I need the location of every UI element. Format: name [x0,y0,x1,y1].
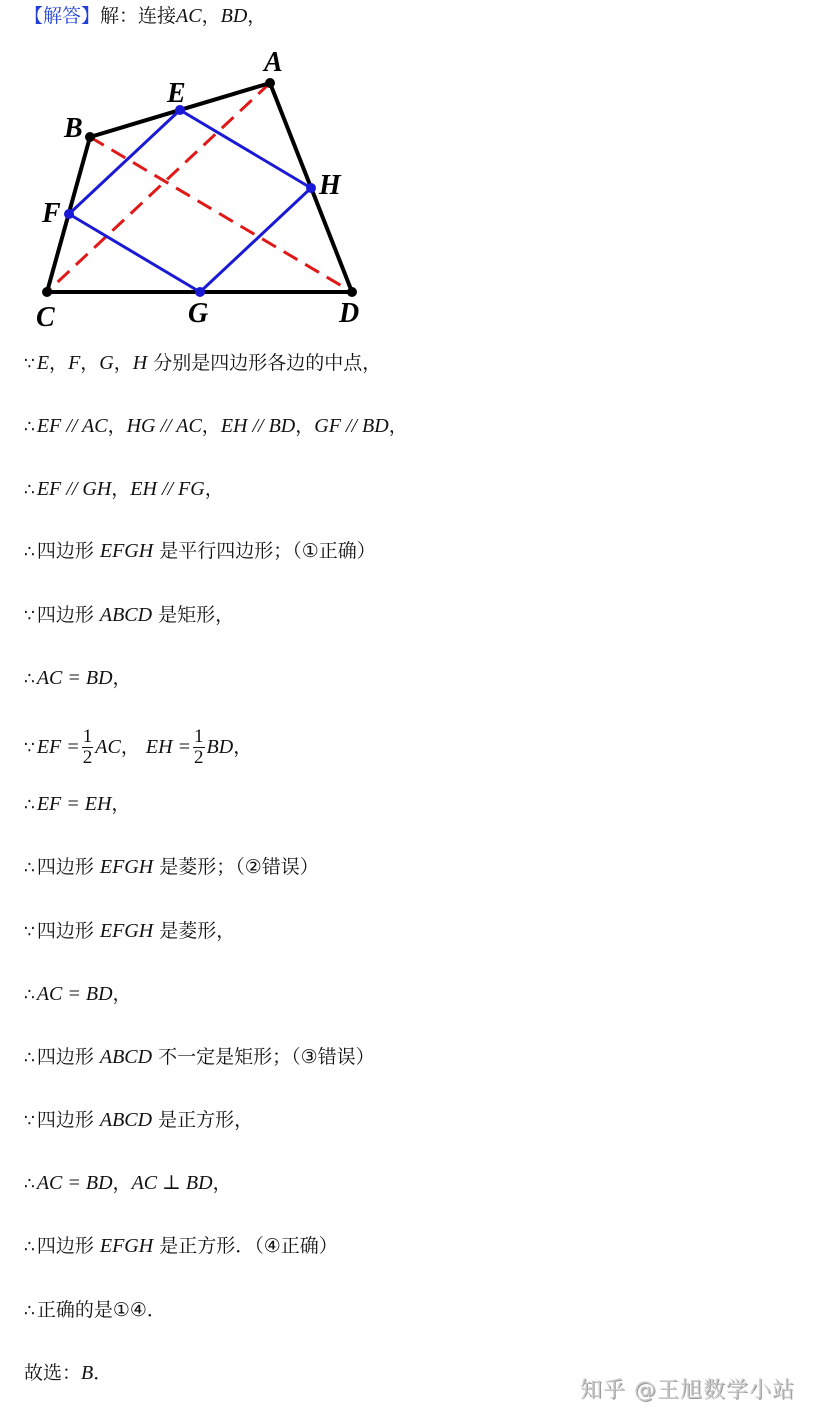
therefore-symbol: ∴ [24,858,35,878]
math-expression: EF // GH [37,478,111,500]
side-he [180,110,311,188]
text: ， [80,352,99,374]
proof-line: ∴EF = EH， [24,790,130,819]
math-expression: G [99,352,113,374]
segment-bd: BD [221,5,248,27]
fraction: 12 [82,727,94,768]
proof-line: ∴AC = BD，AC ⊥ BD， [24,1169,232,1198]
text: 不一定是矩形；（③错误） [152,1046,375,1068]
math-expression: ABCD [100,1046,152,1068]
point-f [64,209,74,219]
answer-intro: 解：连接 [100,5,176,27]
math-expression: F [68,352,80,374]
point-g [195,287,205,297]
math-expression: EFGH [100,856,153,878]
therefore-symbol: ∴ [24,1048,35,1068]
math-expression: EFGH [100,1235,153,1257]
text: ， [111,478,130,500]
text: 是菱形；（②错误） [153,856,319,878]
answer-tag: 【解答】 [24,5,100,27]
therefore-symbol: ∴ [24,669,35,689]
math-expression: EH // FG [130,478,204,500]
therefore-symbol: ∴ [24,1237,35,1257]
text: 是矩形， [152,604,234,626]
text: 四边形 [37,540,100,562]
proof-line: ∴四边形 EFGH 是菱形；（②错误） [24,853,319,882]
point-c [42,287,52,297]
fraction: 12 [193,727,205,768]
proof-line: ∵四边形 ABCD 是矩形， [24,601,234,630]
label-c: C [36,302,55,333]
side-fg [69,214,200,292]
therefore-symbol: ∴ [24,1301,35,1321]
therefore-symbol: ∴ [24,542,35,562]
label-h: H [318,170,342,201]
therefore-symbol: ∴ [24,985,35,1005]
text: 故选： [24,1362,81,1384]
text: 四边形 [37,920,100,942]
proof-line: 故选：B． [24,1359,112,1387]
math-expression: EH // BD [221,415,295,437]
text: ， [114,352,133,374]
math-expression: EF // AC [37,415,108,437]
text: ， [389,415,408,437]
text: ． [93,1362,112,1384]
side-gh [200,188,311,292]
math-expression: AC = BD [37,667,113,689]
text: ， [213,1172,232,1194]
because-symbol: ∵ [24,354,35,374]
proof-line: ∵四边形 EFGH 是菱形， [24,917,235,946]
math-expression: ABCD [100,1109,152,1131]
math-expression: AC = BD [37,1172,113,1194]
proof-line: ∴四边形 ABCD 不一定是矩形；（③错误） [24,1043,375,1072]
proof-line: ∵E，F，G，H 分别是四边形各边的中点， [24,349,381,378]
text: 是正方形．（④正确） [153,1235,338,1257]
text: 是正方形， [152,1109,253,1131]
therefore-symbol: ∴ [24,1174,35,1194]
proof-line: ∴正确的是①④． [24,1296,166,1325]
proof-line: ∴EF // AC，HG // AC，EH // BD，GF // BD， [24,412,408,441]
math-expression: EF = [37,736,80,758]
therefore-symbol: ∴ [24,480,35,500]
math-expression: E [37,352,49,374]
separator: ， [247,5,266,27]
label-b: B [63,113,83,144]
text: ， [202,415,221,437]
text: ， [295,415,314,437]
text: ， [205,478,224,500]
math-expression: AC ⊥ BD [132,1172,213,1194]
text: ， [113,667,132,689]
therefore-symbol: ∴ [24,795,35,815]
text: ， [49,352,68,374]
math-expression: EH = [146,736,191,758]
label-a: A [262,47,283,78]
text: 分别是四边形各边的中点， [147,352,381,374]
text: 四边形 [37,1109,100,1131]
math-expression: AC [95,736,121,758]
segment-ac: AC [176,5,202,27]
proof-line: ∴AC = BD， [24,664,132,693]
text: 四边形 [37,856,100,878]
text: ， [121,736,146,758]
proof-line: ∴四边形 EFGH 是平行四边形；（①正确） [24,537,376,566]
proof-line: ∵EF =12AC， EH =12BD， [24,727,252,768]
text: ， [233,736,252,758]
math-expression: H [133,352,147,374]
point-h [306,183,316,193]
text: 正确的是①④． [37,1299,166,1321]
point-a [265,78,275,88]
label-g: G [188,298,208,329]
proof-line: ∵四边形 ABCD 是正方形， [24,1106,253,1135]
text: 四边形 [37,604,100,626]
label-d: D [338,298,359,329]
math-expression: EFGH [100,540,153,562]
because-symbol: ∵ [24,1111,35,1131]
math-expression: EF = EH [37,793,112,815]
label-e: E [166,78,186,109]
point-d [347,287,357,297]
answer-header: 【解答】解：连接AC，BD， [24,2,266,30]
because-symbol: ∵ [24,606,35,626]
proof-line: ∴EF // GH，EH // FG， [24,475,224,504]
point-b [85,132,95,142]
therefore-symbol: ∴ [24,417,35,437]
diagonal-bd [90,137,352,292]
math-expression: B [81,1362,93,1384]
separator: ， [202,5,221,27]
text: ， [111,793,130,815]
text: 四边形 [37,1235,100,1257]
text: ， [113,983,132,1005]
text: 四边形 [37,1046,100,1068]
math-expression: HG // AC [127,415,202,437]
text: ， [113,1172,132,1194]
text: 是菱形， [153,920,235,942]
because-symbol: ∵ [24,738,35,758]
math-expression: ABCD [100,604,152,626]
math-expression: AC = BD [37,983,113,1005]
math-expression: GF // BD [314,415,388,437]
proof-line: ∴四边形 EFGH 是正方形．（④正确） [24,1232,338,1261]
math-expression: BD [207,736,234,758]
quadrilateral-diagram: ABCDEFGH [0,40,400,340]
label-f: F [41,198,61,229]
text: 是平行四边形；（①正确） [153,540,376,562]
math-expression: EFGH [100,920,153,942]
text: ， [108,415,127,437]
because-symbol: ∵ [24,922,35,942]
watermark: 知乎 @王旭数学小站 [580,1373,795,1404]
proof-line: ∴AC = BD， [24,980,132,1009]
